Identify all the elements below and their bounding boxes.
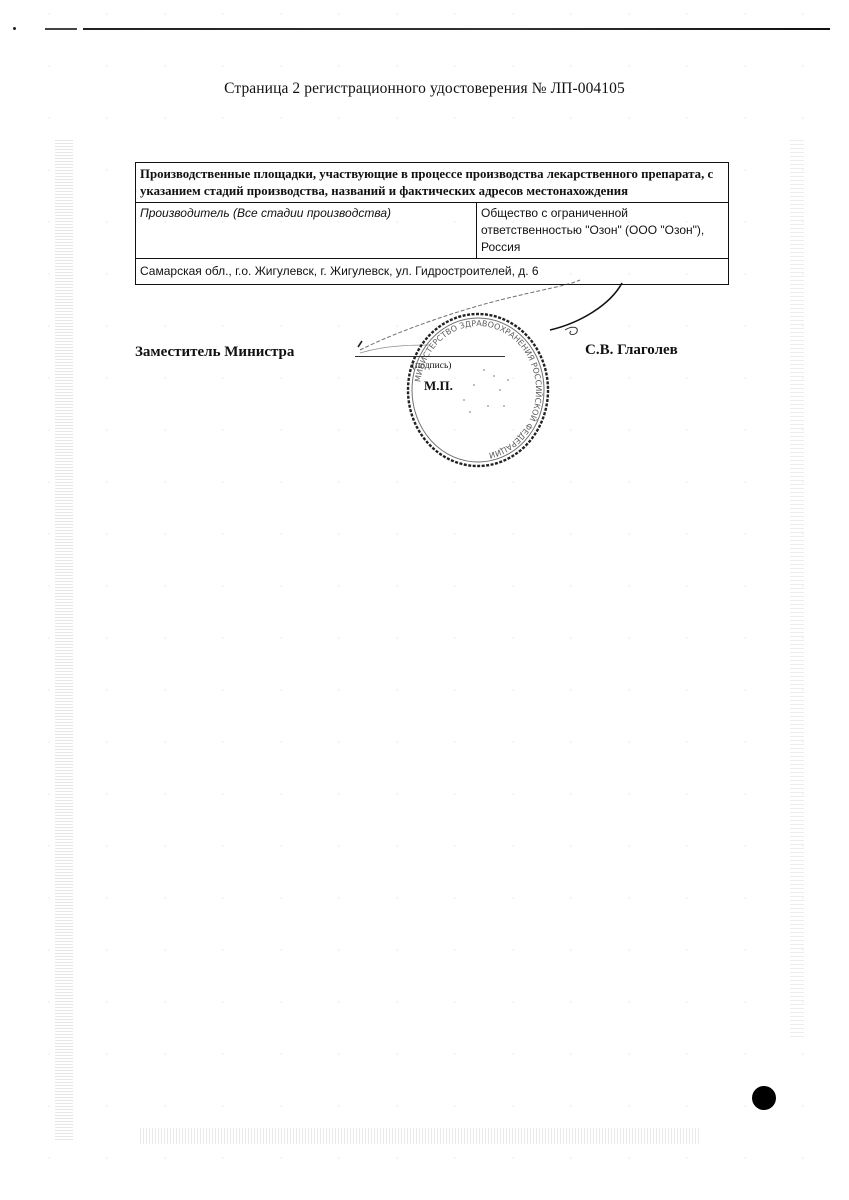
signatory-position: Заместитель Министра — [135, 344, 294, 361]
official-seal-icon: МИНИСТЕРСТВО ЗДРАВООХРАНЕНИЯ РОССИЙСКОЙ … — [404, 310, 552, 470]
scan-edge-left — [55, 140, 73, 1140]
signatory-name: С.В. Глаголев — [585, 342, 678, 359]
scan-mark — [13, 27, 16, 30]
page-header: Страница 2 регистрационного удостоверени… — [0, 80, 849, 98]
manufacturer-organization: Общество с ограниченной ответственностью… — [477, 203, 729, 259]
manufacturer-role: Производитель (Все стадии производства) — [136, 203, 477, 259]
scan-edge-bottom — [140, 1128, 700, 1144]
scan-edge-right — [790, 140, 804, 1040]
scan-registration-dot — [752, 1086, 776, 1110]
manufacturing-sites-table: Производственные площадки, участвующие в… — [135, 162, 729, 285]
page-top-rule — [25, 28, 830, 30]
table-heading: Производственные площадки, участвующие в… — [136, 163, 729, 203]
table-row: Производитель (Все стадии производства) … — [136, 203, 729, 259]
